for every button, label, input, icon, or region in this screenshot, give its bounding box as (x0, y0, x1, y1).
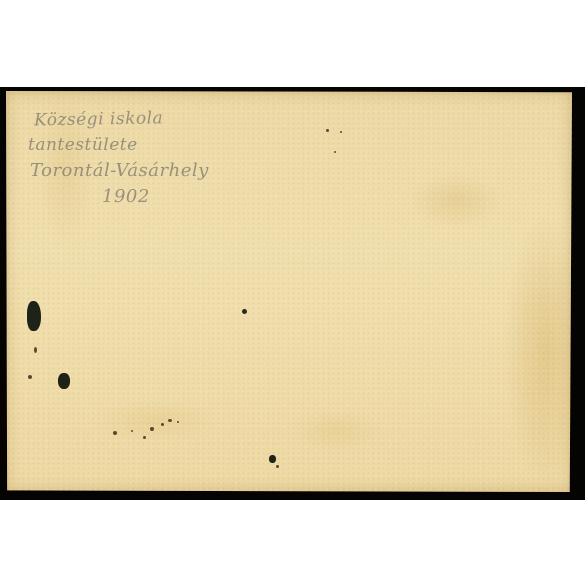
inscription-line-3: Torontál-Vásárhely (30, 158, 209, 184)
speck (113, 431, 117, 435)
pencil-inscription: Községi iskola tantestülete Torontál-Vás… (28, 106, 209, 210)
inscription-year: 1902 (102, 184, 209, 210)
black-frame: Községi iskola tantestülete Torontál-Vás… (0, 87, 585, 500)
speck (131, 430, 133, 432)
speck (161, 423, 164, 426)
ink-stain (269, 455, 276, 463)
speck (28, 375, 32, 379)
aged-paper-card: Községi iskola tantestülete Torontál-Vás… (6, 91, 572, 492)
speck (242, 309, 247, 314)
speck (34, 347, 37, 353)
ink-stain (27, 301, 41, 331)
ink-stain (58, 373, 70, 389)
speck (143, 436, 146, 439)
speck (177, 421, 179, 423)
speck (276, 465, 279, 468)
inscription-line-1: Községi iskola (34, 104, 209, 133)
inscription-line-2: tantestülete (28, 132, 209, 158)
speck (168, 419, 172, 422)
speck (334, 151, 336, 153)
speck (326, 129, 329, 132)
speck (150, 427, 154, 431)
speck (340, 131, 342, 133)
